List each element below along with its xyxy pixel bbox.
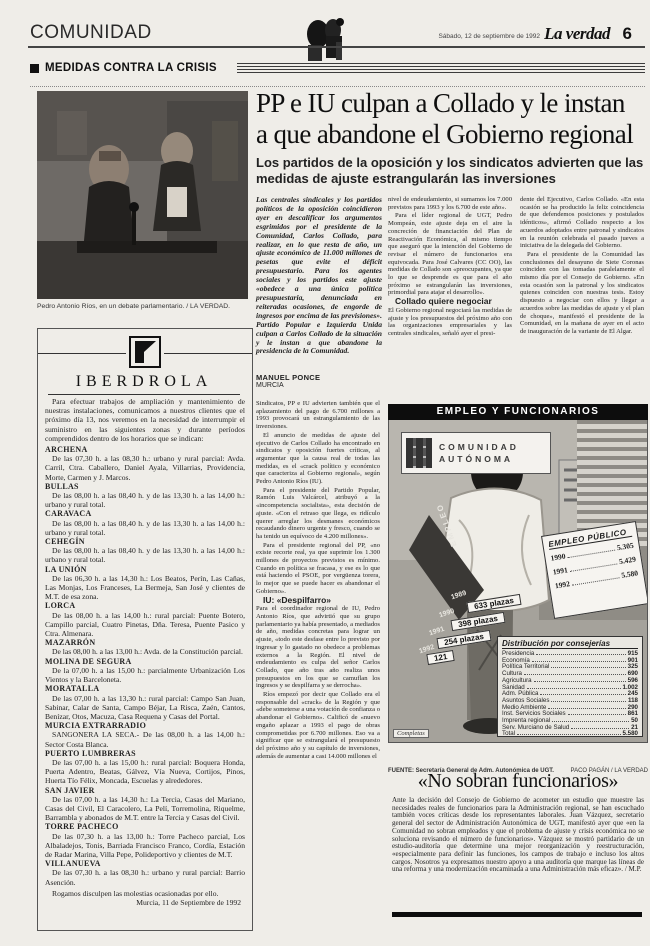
secondary-headline: «No sobran funcionarios» bbox=[390, 770, 646, 793]
article-column-2: nivel de endeudamiento, si sumamos los 7… bbox=[388, 196, 512, 398]
comunidad-autonoma-sign: COMUNIDAD AUTÓNOMA bbox=[401, 432, 551, 474]
table-title: Distribución por consejerías bbox=[502, 639, 638, 649]
article-column-3: dente del Ejecutivo, Carlos Collado. «En… bbox=[520, 196, 644, 404]
paragraph: Para el coordinador regional de IU, Pedr… bbox=[256, 605, 380, 690]
paragraph: dente del Ejecutivo, Carlos Collado. «En… bbox=[520, 196, 644, 250]
ad-town: BULLAS bbox=[45, 482, 245, 491]
ad-town: CARAVACA bbox=[45, 509, 245, 518]
ad-body: Para efectuar trabajos de ampliación y m… bbox=[45, 397, 245, 907]
sign-grid-icon bbox=[406, 438, 432, 468]
ad-entry: CARAVACADe las 08,00 h. a las 08,40 h. y… bbox=[45, 509, 245, 537]
infographic: EMPLEO Y FUNCIONARIOS bbox=[388, 404, 648, 766]
ad-entry-text: De las 07,30 h. a las 08,30 h.: urbano y… bbox=[45, 454, 245, 482]
paragraph: Para el presidente de la Comunidad las c… bbox=[520, 251, 644, 336]
page-section-title: COMUNIDAD bbox=[30, 22, 152, 44]
paragraph: Sindicatos, PP e IU advierten también qu… bbox=[256, 400, 380, 431]
sign-line2: AUTÓNOMA bbox=[439, 453, 519, 465]
table-row: Serv. Murciano de Salud21 bbox=[502, 725, 638, 732]
byline-author: MANUEL PONCE bbox=[256, 373, 320, 382]
doc-year: 1992 bbox=[554, 579, 570, 590]
kicker: MEDIDAS CONTRA LA CRISIS bbox=[30, 62, 217, 74]
kicker-decoration-lines bbox=[237, 63, 645, 74]
iberdrola-ad: IBERDROLA Para efectuar trabajos de ampl… bbox=[37, 328, 253, 931]
header-rule bbox=[28, 46, 645, 48]
table-row: Total5.580 bbox=[502, 731, 638, 738]
ad-town: CEHEGÍN bbox=[45, 537, 245, 546]
ad-town: LORCA bbox=[45, 601, 245, 610]
infographic-illustration: COMUNIDAD AUTÓNOMA EMPLEO 1989 1990 1991… bbox=[388, 420, 648, 743]
ad-town: PUERTO LUMBRERAS bbox=[45, 749, 245, 758]
ad-entry: PUERTO LUMBRERASDe las 07,00 h. a las 15… bbox=[45, 749, 245, 786]
doc-value: 5.429 bbox=[618, 555, 636, 567]
ad-entry: CEHEGÍNDe las 08,00 h. a las 08,40 h. y … bbox=[45, 537, 245, 565]
ad-entry-text: De las 08,00 h. a las 14,00 h.: rural pa… bbox=[45, 611, 245, 639]
masthead: La verdad bbox=[544, 24, 610, 44]
page-number: 6 bbox=[623, 24, 632, 44]
ad-entry: LORCADe las 08,00 h. a las 14,00 h.: rur… bbox=[45, 601, 245, 638]
ad-entry-text: De las 08,00 h. a las 13,00 h.: Avda. de… bbox=[45, 647, 245, 656]
ad-brand: IBERDROLA bbox=[48, 373, 240, 395]
ad-town: MORATALLA bbox=[45, 684, 245, 693]
ad-entry-text: De las 07,30 h. a las 08,30 h.: urbano y… bbox=[45, 868, 245, 886]
ad-town: ARCHENA bbox=[45, 445, 245, 454]
ad-town: MOLINA DE SEGURA bbox=[45, 657, 245, 666]
paragraph: Para el presidente del Partido Popular, … bbox=[256, 487, 380, 541]
newspaper-page: COMUNIDAD Sábado, 12 de septiembre de 19… bbox=[0, 0, 650, 946]
kicker-square-icon bbox=[30, 64, 39, 73]
paragraph: Para el presidente regional del PP, «no … bbox=[256, 542, 380, 596]
ad-entry-text: De las 07,30 h. a las 13,00 h.: Torre Pa… bbox=[45, 832, 245, 860]
ad-entry-text: De las 07,00 h. a las 15,00 h.: rural pa… bbox=[45, 758, 245, 786]
ad-entry-text: SANGONERA LA SECA.- De las 08,00 h. a la… bbox=[45, 730, 245, 748]
ad-entry-text: De las 06,30 h. a las 14,30 h.: Los Beat… bbox=[45, 574, 245, 602]
headline: PP e IU culpan a Collado y le instan a q… bbox=[256, 88, 648, 150]
ad-entry: VILLANUEVADe las 07,30 h. a las 08,30 h.… bbox=[45, 859, 245, 887]
ad-entry: MURCIA EXTRARRADIOSANGONERA LA SECA.- De… bbox=[45, 721, 245, 749]
ad-entry: MAZARRÓNDe las 08,00 h. a las 13,00 h.: … bbox=[45, 638, 245, 656]
ad-entry-text: De las 08,00 h. a las 08,40 h. y de las … bbox=[45, 491, 245, 509]
ad-entry-text: De la 07,00 h. a las 15,00 h.: parcialme… bbox=[45, 666, 245, 684]
article-column-1: Sindicatos, PP e IU advierten también qu… bbox=[256, 400, 380, 900]
byline-place: MURCIA bbox=[256, 382, 284, 389]
ad-entry: SAN JAVIERDe las 07,00 h. a las 14,30 h.… bbox=[45, 786, 245, 823]
secondary-body: Ante la decisión del Consejo de Gobierno… bbox=[392, 797, 644, 874]
ad-entry: MORATALLADe las 07,00 h. a las 13,30 h.:… bbox=[45, 684, 245, 721]
ad-town: SAN JAVIER bbox=[45, 786, 245, 795]
iberdrola-logo-icon bbox=[126, 333, 164, 371]
headline-line1: PP e IU culpan a Collado y le instan bbox=[256, 88, 648, 119]
infographic-title: EMPLEO Y FUNCIONARIOS bbox=[388, 404, 648, 420]
ad-entry: BULLASDe las 08,00 h. a las 08,40 h. y d… bbox=[45, 482, 245, 510]
ad-closing: Rogamos disculpen las molestias ocasiona… bbox=[45, 889, 245, 898]
ad-entry-text: De las 08,00 h. a las 08,40 h. y de las … bbox=[45, 519, 245, 537]
bottom-black-rule bbox=[392, 912, 642, 917]
empleo-publico-document: EMPLEO PÚBLICO 19905.305 19915.429 19925… bbox=[541, 521, 648, 619]
ad-entry: LA UNIÓNDe las 06,30 h. a las 14,30 h.: … bbox=[45, 565, 245, 602]
article-photo bbox=[37, 91, 248, 299]
ad-town: VILLANUEVA bbox=[45, 859, 245, 868]
ad-entry: MOLINA DE SEGURADe la 07,00 h. a las 15,… bbox=[45, 657, 245, 685]
paragraph: Para el líder regional de UGT, Pedro Mom… bbox=[388, 212, 512, 297]
paragraph: El Gobierno regional negociará las medid… bbox=[388, 307, 512, 338]
doc-year: 1990 bbox=[550, 552, 566, 563]
newspaper-emblem-icon bbox=[300, 12, 352, 64]
ad-town: MAZARRÓN bbox=[45, 638, 245, 647]
ad-town: LA UNIÓN bbox=[45, 565, 245, 574]
byline: MANUEL PONCE MURCIA bbox=[256, 373, 320, 389]
ad-town: MURCIA EXTRARRADIO bbox=[45, 721, 245, 730]
paragraph: Ríos empezó por decir que Collado era el… bbox=[256, 691, 380, 760]
doc-value: 5.580 bbox=[621, 568, 639, 580]
ad-town: TORRE PACHECO bbox=[45, 822, 245, 831]
column-subhead: Collado quiere negociar bbox=[388, 298, 512, 306]
subheadline: Los partidos de la oposición y los sindi… bbox=[256, 155, 644, 187]
headline-line2: a que abandone el Gobierno regional bbox=[256, 119, 648, 150]
corner-label: Completas bbox=[393, 729, 429, 738]
consejerias-table: Distribución por consejerías Presidencia… bbox=[497, 636, 643, 737]
ad-dateline: Murcia, 11 de Septiembre de 1992 bbox=[45, 898, 245, 907]
sign-line1: COMUNIDAD bbox=[439, 441, 519, 453]
doc-value: 5.305 bbox=[616, 541, 634, 553]
ad-entry: ARCHENADe las 07,30 h. a las 08,30 h.: u… bbox=[45, 445, 245, 482]
photo-caption: Pedro Antonio Ríos, en un debate parlame… bbox=[37, 303, 251, 310]
paragraph: nivel de endeudamiento, si sumamos los 7… bbox=[388, 196, 512, 211]
column-subhead: IU: «Despilfarro» bbox=[256, 597, 380, 605]
issue-date: Sábado, 12 de septiembre de 1992 bbox=[438, 33, 540, 40]
dotted-rule bbox=[30, 86, 645, 87]
ad-entry-text: De las 07,00 h. a las 14,30 h.: La Terci… bbox=[45, 795, 245, 823]
ad-entry-text: De las 07,00 h. a las 13,30 h.: rural pa… bbox=[45, 694, 245, 722]
article-lead: Las centrales sindicales y los partidos … bbox=[256, 196, 382, 356]
ad-intro: Para efectuar trabajos de ampliación y m… bbox=[45, 397, 245, 443]
ad-entry-text: De las 08,00 h. a las 08,40 h. y de las … bbox=[45, 546, 245, 564]
kicker-label: MEDIDAS CONTRA LA CRISIS bbox=[45, 62, 217, 74]
paragraph: El anuncio de medidas de ajuste del ejec… bbox=[256, 432, 380, 486]
ad-entry: TORRE PACHECODe las 07,30 h. a las 13,00… bbox=[45, 822, 245, 859]
doc-year: 1991 bbox=[552, 565, 568, 576]
table-row: Política Territorial325 bbox=[502, 664, 638, 671]
